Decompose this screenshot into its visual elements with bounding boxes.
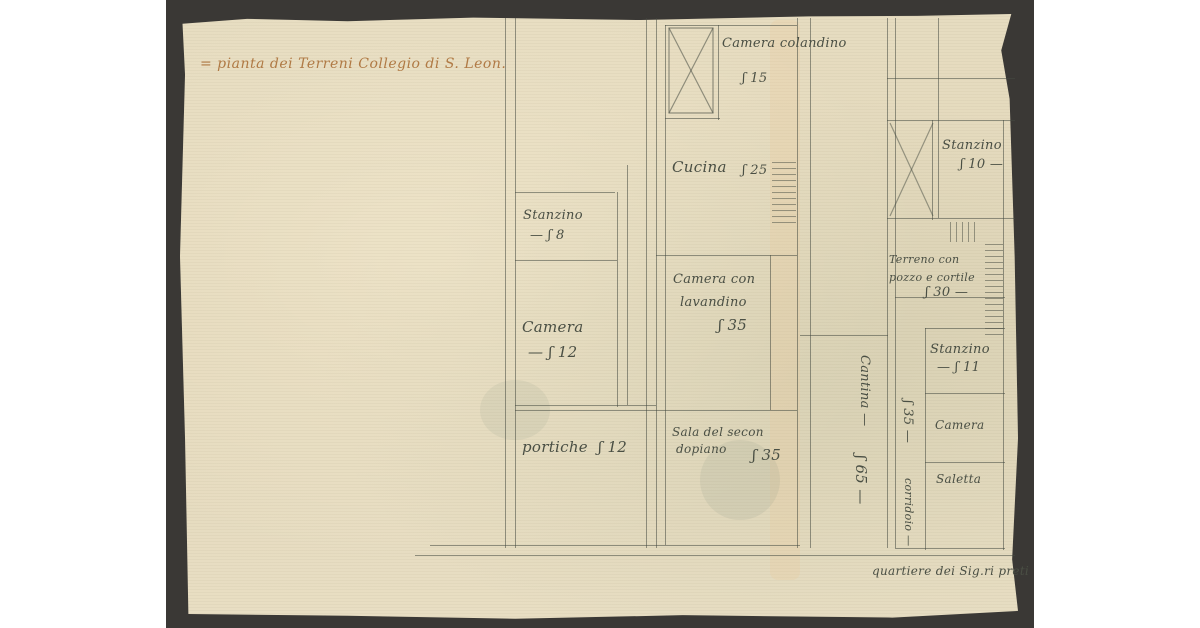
wall	[646, 18, 647, 548]
room-measure: — ʃ 11	[937, 360, 980, 375]
wall	[925, 393, 1005, 394]
room-label: portiche	[522, 440, 588, 455]
room-label: corridoio —	[901, 478, 916, 546]
wall	[770, 255, 771, 410]
wall	[887, 218, 1015, 219]
wall	[665, 118, 720, 119]
wall	[627, 165, 628, 405]
wall	[938, 18, 939, 218]
staircase	[950, 222, 976, 242]
wall	[895, 548, 1005, 549]
room-label: Camera	[522, 320, 583, 335]
room-measure: — ʃ 12	[528, 345, 578, 360]
wall	[617, 192, 618, 407]
wall	[925, 328, 926, 550]
stairwell-cross-icon	[668, 27, 716, 115]
wall	[887, 78, 1015, 79]
room-measure: ʃ 10 —	[960, 157, 1003, 172]
wall	[515, 260, 617, 261]
staircase	[985, 240, 1003, 335]
room-label: ʃ 15	[742, 71, 767, 86]
room-label: Cantina —	[857, 355, 872, 426]
wall	[800, 335, 888, 336]
room-measure: ʃ 35 —	[900, 400, 915, 443]
room-label: Cucina	[672, 160, 727, 175]
wall	[430, 545, 800, 546]
wall	[515, 18, 516, 548]
wall	[887, 18, 888, 548]
stairwell-cross-icon	[889, 122, 935, 218]
manuscript-paper	[180, 14, 1018, 620]
wall	[797, 18, 798, 548]
room-label: Camera	[935, 418, 985, 433]
room-label: pozzo e cortile	[889, 270, 975, 285]
wall	[810, 18, 811, 548]
wall	[665, 25, 797, 26]
room-label: Sala del secon	[672, 425, 764, 440]
room-measure: ʃ 30 —	[925, 285, 968, 300]
wall	[515, 405, 656, 406]
room-measure: ʃ 35	[752, 448, 781, 463]
room-label: Saletta	[936, 472, 981, 487]
room-measure: ʃ 25	[742, 163, 767, 178]
room-label: Stanzino	[523, 208, 583, 223]
room-measure: ʃ 12	[598, 440, 627, 455]
room-label: Stanzino	[930, 342, 990, 357]
document-title: = pianta dei Terreni Collegio di S. Leon…	[200, 56, 506, 72]
room-label: Stanzino	[942, 138, 1002, 153]
wall	[1003, 120, 1004, 550]
wall	[925, 462, 1005, 463]
annotation-quartiere: quartiere dei Sig.ri preti	[872, 564, 1029, 579]
wall	[515, 192, 615, 193]
wall	[656, 255, 797, 256]
room-label: dopiano	[676, 442, 727, 457]
room-measure: ʃ 35	[718, 318, 747, 333]
room-measure: — ʃ 8	[530, 228, 565, 243]
room-label: lavandino	[680, 295, 747, 310]
wall	[415, 555, 1015, 556]
wall	[515, 410, 656, 411]
wall	[718, 25, 719, 120]
room-measure: ʃ 65 —	[853, 455, 868, 505]
wall	[887, 120, 1015, 121]
wall	[656, 410, 797, 411]
wall	[665, 25, 666, 545]
room-label: Terreno con	[889, 252, 959, 267]
staircase	[772, 158, 796, 223]
wall	[505, 18, 506, 548]
room-label: Camera colandino	[722, 36, 847, 51]
room-label: Camera con	[673, 272, 755, 287]
wall	[656, 18, 657, 548]
